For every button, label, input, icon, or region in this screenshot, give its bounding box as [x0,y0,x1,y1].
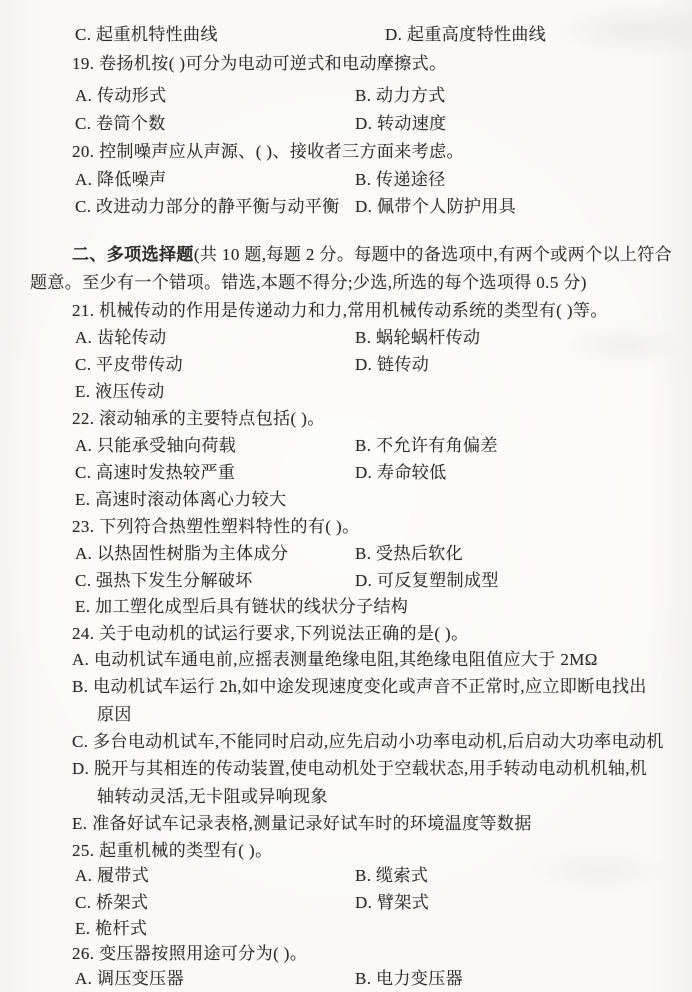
q26-stem-row: 26. 变压器按照用途可分为( )。 [0,939,692,963]
q22-options-cd-row: C. 高速时发热较严重 D. 寿命较低 [0,458,692,482]
q19-stem-row: 19. 卷扬机按( )可分为电动可逆式和电动摩擦式。 [0,49,692,73]
q23-stem-row: 23. 下列符合热塑性塑料特性的有( )。 [0,512,692,536]
q24-option-d-line1: D. 脱开与其相连的传动装置,使电动机处于空载状态,用手转动电动机机轴,机 [72,754,647,779]
q25-option-c: C. 桥架式 [75,888,148,913]
q25-option-e: E. 桅杆式 [75,914,147,939]
q22-option-d: D. 寿命较低 [355,458,447,483]
q24-option-a: A. 电动机试车通电前,应摇表测量绝缘电阻,其绝缘电阻值应大于 2MΩ [72,645,598,670]
q24-option-e: E. 准备好试车记录表格,测量记录好试车时的环境温度等数据 [72,809,532,834]
q21-option-d: D. 链传动 [355,350,429,375]
q26-options-ab-row: A. 调压变压器 B. 电力变压器 [0,964,692,988]
q20-options-cd-row: C. 改进动力部分的静平衡与动平衡 D. 佩带个人防护用具 [0,192,692,216]
q24-option-c: C. 多台电动机试车,不能同时启动,应先启动小功率电动机,后启动大功率电动机 [72,727,664,752]
q22-option-e-row: E. 高速时滚动体离心力较大 [0,485,692,509]
q25-options-ab-row: A. 履带式 B. 缆索式 [0,861,692,885]
q26-option-b: B. 电力变压器 [355,964,463,989]
q25-stem-row: 25. 起重机械的类型有( )。 [0,836,692,860]
q21-stem: 21. 机械传动的作用是传递动力和力,常用机械传动系统的类型有( )等。 [72,296,608,321]
q23-option-d: D. 可反复塑制成型 [355,566,499,591]
q18-option-d: D. 起重高度特性曲线 [385,20,546,45]
q22-option-a: A. 只能承受轴向荷载 [75,431,236,456]
q24-option-d-wrap-row: 轴转动灵活,无卡阻或异响现象 [0,782,692,806]
q24-option-b-wrap-row: 原因 [0,700,692,724]
q24-stem-row: 24. 关于电动机的试运行要求,下列说法正确的是( )。 [0,619,692,643]
q21-option-a: A. 齿轮传动 [75,323,167,348]
q20-option-b: B. 传递途径 [355,165,446,190]
q20-option-d: D. 佩带个人防护用具 [355,192,516,217]
q24-option-d-line2: 轴转动灵活,无卡阻或异响现象 [97,782,328,807]
q24-option-b-line1: B. 电动机试车运行 2h,如中途发现速度变化或声音不正常时,应立即断电找出 [72,672,647,697]
section2-heading-row: 二、多项选择题(共 10 题,每题 2 分。每题中的备选项中,有两个或两个以上符… [0,240,692,264]
section2-title-rest: (共 10 题,每题 2 分。每题中的备选项中,有两个或两个以上符合 [194,245,672,264]
q25-option-b: B. 缆索式 [355,861,428,886]
q20-option-a: A. 降低噪声 [75,165,167,190]
q20-option-c: C. 改进动力部分的静平衡与动平衡 [75,192,340,217]
q20-stem-row: 20. 控制噪声应从声源、( )、接收者三方面来考虑。 [0,137,692,161]
q24-option-b-row: B. 电动机试车运行 2h,如中途发现速度变化或声音不正常时,应立即断电找出 [0,672,692,696]
q19-stem: 19. 卷扬机按( )可分为电动可逆式和电动摩擦式。 [72,49,446,74]
section2-heading-wrap-row: 题意。至少有一个错项。错选,本题不得分;少选,所选的每个选项得 0.5 分) [0,268,692,292]
q23-option-c: C. 强热下发生分解破坏 [75,566,253,591]
q23-option-b: B. 受热后软化 [355,539,463,564]
q24-option-c-row: C. 多台电动机试车,不能同时启动,应先启动小功率电动机,后启动大功率电动机 [0,727,692,751]
q21-stem-row: 21. 机械传动的作用是传递动力和力,常用机械传动系统的类型有( )等。 [0,296,692,320]
q23-option-e: E. 加工塑化成型后具有链状的线状分子结构 [75,592,408,617]
q18-option-c: C. 起重机特性曲线 [75,20,218,45]
q23-options-ab-row: A. 以热固性树脂为主体成分 B. 受热后软化 [0,539,692,563]
q19-option-b: B. 动力方式 [355,81,446,106]
q22-option-e: E. 高速时滚动体离心力较大 [75,485,286,510]
q22-stem: 22. 滚动轴承的主要特点包括( )。 [72,404,325,429]
q21-option-e-row: E. 液压传动 [0,377,692,401]
q21-option-b: B. 蜗轮蜗杆传动 [355,323,480,348]
q25-option-a: A. 履带式 [75,861,149,886]
q23-options-cd-row: C. 强热下发生分解破坏 D. 可反复塑制成型 [0,566,692,590]
q20-options-ab-row: A. 降低噪声 B. 传递途径 [0,165,692,189]
q20-stem: 20. 控制噪声应从声源、( )、接收者三方面来考虑。 [72,137,464,162]
q21-option-c: C. 平皮带传动 [75,350,183,375]
q25-options-cd-row: C. 桥架式 D. 臂架式 [0,888,692,912]
q24-option-b-line2: 原因 [97,700,132,725]
q21-option-e: E. 液压传动 [75,377,165,402]
q19-options-cd-row: C. 卷筒个数 D. 转动速度 [0,109,692,133]
q26-stem: 26. 变压器按照用途可分为( )。 [72,939,307,964]
q24-option-a-row: A. 电动机试车通电前,应摇表测量绝缘电阻,其绝缘电阻值应大于 2MΩ [0,645,692,669]
section2-heading: 二、多项选择题(共 10 题,每题 2 分。每题中的备选项中,有两个或两个以上符… [72,240,672,265]
q26-option-a: A. 调压变压器 [75,964,184,989]
q24-option-e-row: E. 准备好试车记录表格,测量记录好试车时的环境温度等数据 [0,809,692,833]
q19-option-a: A. 传动形式 [75,81,167,106]
q22-stem-row: 22. 滚动轴承的主要特点包括( )。 [0,404,692,428]
q19-options-ab-row: A. 传动形式 B. 动力方式 [0,81,692,105]
section2-title: 二、多项选择题 [72,245,194,264]
q19-option-c: C. 卷筒个数 [75,109,166,134]
q22-options-ab-row: A. 只能承受轴向荷载 B. 不允许有角偏差 [0,431,692,455]
q23-stem: 23. 下列符合热塑性塑料特性的有( )。 [72,512,359,537]
q24-stem: 24. 关于电动机的试运行要求,下列说法正确的是( )。 [72,619,469,644]
q25-stem: 25. 起重机械的类型有( )。 [72,836,272,861]
q23-option-a: A. 以热固性树脂为主体成分 [75,539,288,564]
scanned-exam-page: C. 起重机特性曲线 D. 起重高度特性曲线 19. 卷扬机按( )可分为电动可… [0,0,692,992]
q24-option-d-row: D. 脱开与其相连的传动装置,使电动机处于空载状态,用手转动电动机机轴,机 [0,754,692,778]
q23-option-e-row: E. 加工塑化成型后具有链状的线状分子结构 [0,592,692,616]
q18-options-cd-row: C. 起重机特性曲线 D. 起重高度特性曲线 [0,20,692,44]
q22-option-b: B. 不允许有角偏差 [355,431,498,456]
section2-heading-wrap: 题意。至少有一个错项。错选,本题不得分;少选,所选的每个选项得 0.5 分) [30,268,587,293]
q22-option-c: C. 高速时发热较严重 [75,458,235,483]
q21-options-cd-row: C. 平皮带传动 D. 链传动 [0,350,692,374]
q25-option-d: D. 臂架式 [355,888,429,913]
q21-options-ab-row: A. 齿轮传动 B. 蜗轮蜗杆传动 [0,323,692,347]
q19-option-d: D. 转动速度 [355,109,447,134]
q25-option-e-row: E. 桅杆式 [0,914,692,938]
